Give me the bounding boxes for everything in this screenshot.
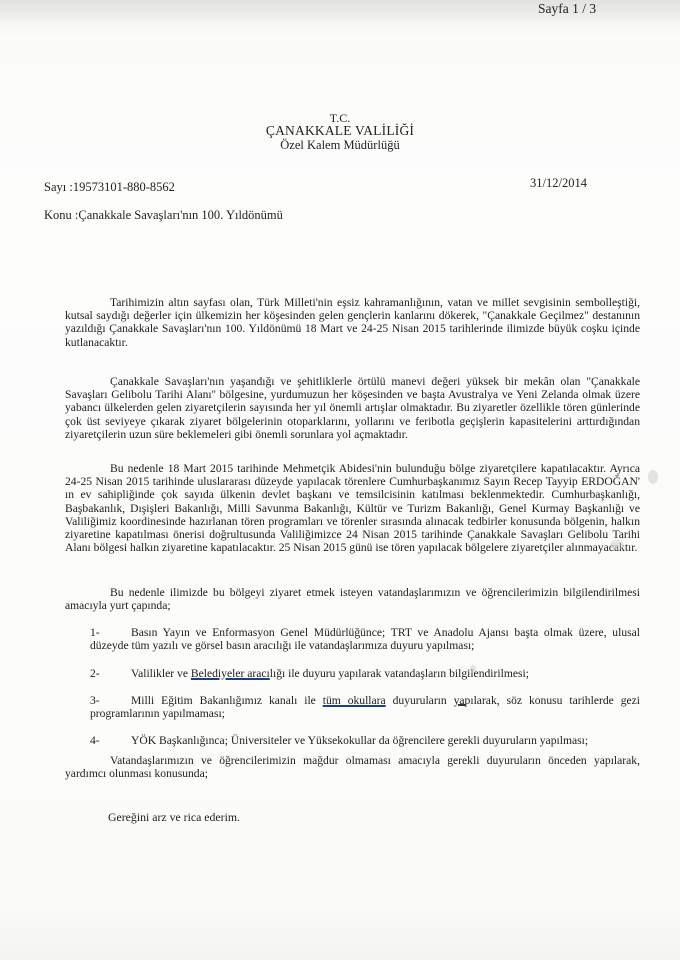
scanned-document-page: Sayfa 1 / 3 T.C. ÇANAKKALE VALİLİĞİ Özel… bbox=[0, 0, 680, 960]
paragraph-1: Tarihimizin altın sayfası olan, Türk Mil… bbox=[65, 296, 640, 349]
paragraph-3: Bu nedenle 18 Mart 2015 tarihinde Mehmet… bbox=[65, 462, 640, 554]
list-text: Valilikler ve Belediyeler aracılığı ile … bbox=[131, 667, 642, 680]
list-text: Milli Eğitim Bakanlığımız kanalı ile tüm… bbox=[90, 694, 640, 720]
reference-number: Sayı :19573101-880-8562 bbox=[44, 180, 175, 194]
paragraph-1-text: Tarihimizin altın sayfası olan, Türk Mil… bbox=[65, 296, 640, 349]
scan-speck bbox=[648, 470, 658, 484]
paragraph-2: Çanakkale Savaşları'nın yaşandığı ve şeh… bbox=[65, 375, 640, 441]
header-department: Özel Kalem Müdürlüğü bbox=[0, 139, 680, 152]
subject-line: Konu :Çanakkale Savaşları'nın 100. Yıldö… bbox=[44, 208, 283, 222]
reference-value: :19573101-880-8562 bbox=[69, 180, 175, 194]
list-item-2: 2- Valilikler ve Belediyeler aracılığı i… bbox=[90, 667, 642, 680]
pen-mark bbox=[458, 704, 466, 706]
document-date: 31/12/2014 bbox=[530, 176, 587, 190]
handwritten-underline: Belediyeler aracı bbox=[191, 667, 270, 680]
list-text-post: lığı ile duyuru yapılarak vatandaşların … bbox=[270, 667, 529, 680]
paragraph-final: Vatandaşlarımızın ve öğrencilerimizin ma… bbox=[65, 754, 640, 780]
list-number: 2- bbox=[90, 667, 120, 680]
list-text: YÖK Başkanlığınca; Üniversiteler ve Yüks… bbox=[131, 734, 642, 747]
reference-label: Sayı bbox=[44, 180, 66, 194]
paragraph-4-text: Bu nedenle ilimizde bu bölgeyi ziyaret e… bbox=[65, 586, 640, 612]
list-text-pre: Milli Eğitim Bakanlığımız kanalı ile bbox=[131, 694, 323, 707]
list-number: 3- bbox=[90, 694, 120, 707]
list-text-pre: Valilikler ve bbox=[131, 667, 191, 680]
list-item-3: 3- Milli Eğitim Bakanlığımız kanalı ile … bbox=[90, 694, 640, 720]
list-number: 1- bbox=[90, 626, 120, 639]
subject-label: Konu bbox=[44, 208, 72, 222]
handwritten-underline: tüm okullara bbox=[323, 694, 386, 707]
subject-value: :Çanakkale Savaşları'nın 100. Yıldönümü bbox=[75, 208, 283, 222]
page-indicator: Sayfa 1 / 3 bbox=[538, 1, 596, 17]
paragraph-4: Bu nedenle ilimizde bu bölgeyi ziyaret e… bbox=[65, 586, 640, 612]
closing-line: Gereğini arz ve rica ederim. bbox=[108, 810, 240, 825]
list-number: 4- bbox=[90, 734, 120, 747]
list-item-1: 1- Basın Yayın ve Enformasyon Genel Müdü… bbox=[90, 626, 640, 652]
scan-speck bbox=[470, 665, 476, 673]
paragraph-2-text: Çanakkale Savaşları'nın yaşandığı ve şeh… bbox=[65, 375, 640, 441]
list-item-4: 4- YÖK Başkanlığınca; Üniversiteler ve Y… bbox=[90, 734, 642, 747]
header-institution: ÇANAKKALE VALİLİĞİ bbox=[0, 124, 680, 137]
paragraph-final-text: Vatandaşlarımızın ve öğrencilerimizin ma… bbox=[65, 754, 640, 780]
list-text: Basın Yayın ve Enformasyon Genel Müdürlü… bbox=[90, 626, 640, 652]
paragraph-3-text: Bu nedenle 18 Mart 2015 tarihinde Mehmet… bbox=[65, 462, 640, 554]
scan-speck bbox=[610, 540, 624, 550]
